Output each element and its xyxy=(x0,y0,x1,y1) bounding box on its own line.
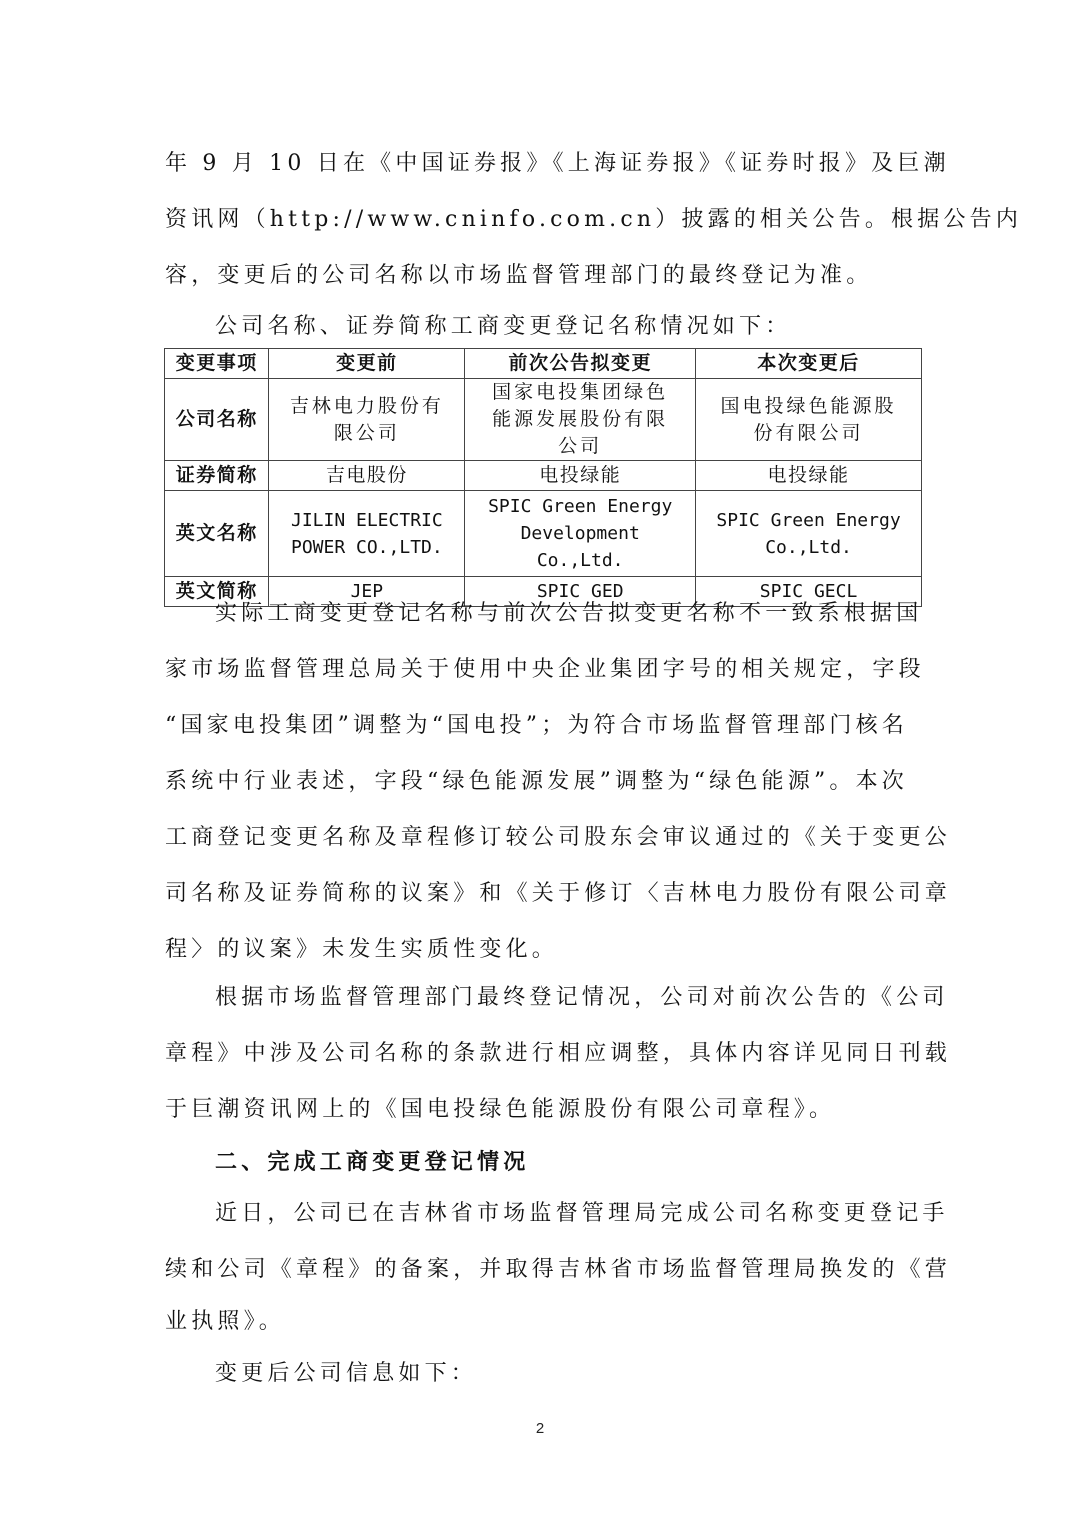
cell-before: 吉电股份 xyxy=(269,461,465,491)
row-label: 公司名称 xyxy=(165,379,269,461)
paragraph-line: 司名称及证券简称的议案》和《关于修订〈吉林电力股份有限公司章 xyxy=(165,879,917,909)
paragraph-line: 家市场监督管理总局关于使用中央企业集团字号的相关规定，字段 xyxy=(165,655,917,685)
header-item: 变更事项 xyxy=(165,349,269,379)
cell-after: 国电投绿色能源股份有限公司 xyxy=(696,379,922,461)
cell-proposed: SPIC Green Energy Development Co.,Ltd. xyxy=(465,491,696,577)
header-before: 变更前 xyxy=(269,349,465,379)
cell-proposed: 国家电投集团绿色能源发展股份有限公司 xyxy=(465,379,696,461)
paragraph-line: 业执照》。 xyxy=(165,1307,917,1337)
paragraph-line: 实际工商变更登记名称与前次公告拟变更名称不一致系根据国 xyxy=(215,599,917,629)
paragraph-line: 年 9 月 10 日在《中国证券报》《上海证券报》《证券时报》及巨潮 xyxy=(165,149,917,179)
row-label: 证券简称 xyxy=(165,461,269,491)
table-row: 公司名称 吉林电力股份有限公司 国家电投集团绿色能源发展股份有限公司 国电投绿色… xyxy=(165,379,922,461)
page-number: 2 xyxy=(0,1420,1080,1437)
table-intro: 公司名称、证券简称工商变更登记名称情况如下： xyxy=(215,312,917,342)
table-row: 英文名称 JILIN ELECTRIC POWER CO.,LTD. SPIC … xyxy=(165,491,922,577)
table-row: 证券简称 吉电股份 电投绿能 电投绿能 xyxy=(165,461,922,491)
section-heading: 二、完成工商变更登记情况 xyxy=(215,1147,917,1177)
paragraph-line: 容，变更后的公司名称以市场监督管理部门的最终登记为准。 xyxy=(165,261,917,291)
paragraph-line: “国家电投集团”调整为“国电投”；为符合市场监督管理部门核名 xyxy=(165,711,917,741)
paragraph-line: 续和公司《章程》的备案，并取得吉林省市场监督管理局换发的《营 xyxy=(165,1255,917,1285)
table-header-row: 变更事项 变更前 前次公告拟变更 本次变更后 xyxy=(165,349,922,379)
cell-after: SPIC Green Energy Co.,Ltd. xyxy=(696,491,922,577)
paragraph-line: 程〉的议案》未发生实质性变化。 xyxy=(165,935,917,965)
info-intro: 变更后公司信息如下： xyxy=(215,1359,917,1389)
paragraph-line: 于巨潮资讯网上的《国电投绿色能源股份有限公司章程》。 xyxy=(165,1095,917,1125)
paragraph-line: 资讯网（http://www.cninfo.com.cn）披露的相关公告。根据公… xyxy=(165,205,917,235)
paragraph-line: 根据市场监督管理部门最终登记情况，公司对前次公告的《公司 xyxy=(215,983,917,1013)
paragraph-line: 近日，公司已在吉林省市场监督管理局完成公司名称变更登记手 xyxy=(215,1199,917,1229)
cell-before: JILIN ELECTRIC POWER CO.,LTD. xyxy=(269,491,465,577)
cell-proposed: 电投绿能 xyxy=(465,461,696,491)
cell-after: 电投绿能 xyxy=(696,461,922,491)
header-proposed: 前次公告拟变更 xyxy=(465,349,696,379)
paragraph-line: 章程》中涉及公司名称的条款进行相应调整，具体内容详见同日刊载 xyxy=(165,1039,917,1069)
row-label: 英文名称 xyxy=(165,491,269,577)
paragraph-line: 系统中行业表述，字段“绿色能源发展”调整为“绿色能源”。本次 xyxy=(165,767,917,797)
paragraph-line: 工商登记变更名称及章程修订较公司股东会审议通过的《关于变更公 xyxy=(165,823,917,853)
name-change-table: 变更事项 变更前 前次公告拟变更 本次变更后 公司名称 吉林电力股份有限公司 国… xyxy=(164,348,922,607)
header-after: 本次变更后 xyxy=(696,349,922,379)
document-page: 年 9 月 10 日在《中国证券报》《上海证券报》《证券时报》及巨潮 资讯网（h… xyxy=(0,0,1080,1527)
cell-before: 吉林电力股份有限公司 xyxy=(269,379,465,461)
